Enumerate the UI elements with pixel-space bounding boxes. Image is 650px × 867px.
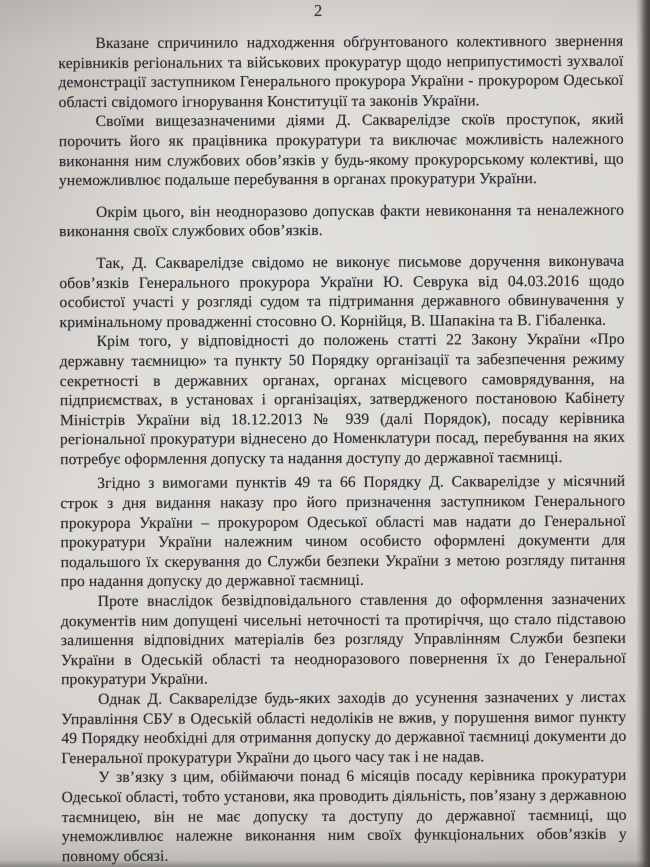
paragraph: Згідно з вимогами пунктів 49 та 66 Поряд… bbox=[60, 472, 626, 592]
paragraph: Крім того, у відповідності до положень с… bbox=[60, 330, 626, 470]
paragraph: Проте внаслідок безвідповідального ставл… bbox=[61, 590, 626, 690]
paragraph: Вказане спричинило надходження обґрунтов… bbox=[58, 32, 623, 113]
paragraph: Своїми вищезазначеними діями Д. Сакварел… bbox=[59, 110, 624, 191]
paragraph: Так, Д. Сакварелідзе свідомо не виконує … bbox=[59, 252, 624, 333]
paper-right-edge-shadow bbox=[636, 0, 650, 867]
document-page: 2 Вказане спричинило надходження обґрунт… bbox=[0, 0, 650, 867]
paragraph: Однак Д. Сакварелідзе будь-яких заходів … bbox=[61, 688, 626, 769]
page-number: 2 bbox=[0, 0, 638, 22]
scanned-document-photo: 2 Вказане спричинило надходження обґрунт… bbox=[0, 0, 650, 867]
paragraph: У зв’язку з цим, обіймаючи понад 6 місяц… bbox=[61, 766, 626, 866]
paragraph: Окрім цього, він неодноразово допускав ф… bbox=[59, 200, 624, 242]
paper-bottom-shadow bbox=[0, 860, 650, 867]
document-body: Вказане спричинило надходження обґрунтов… bbox=[58, 32, 627, 867]
